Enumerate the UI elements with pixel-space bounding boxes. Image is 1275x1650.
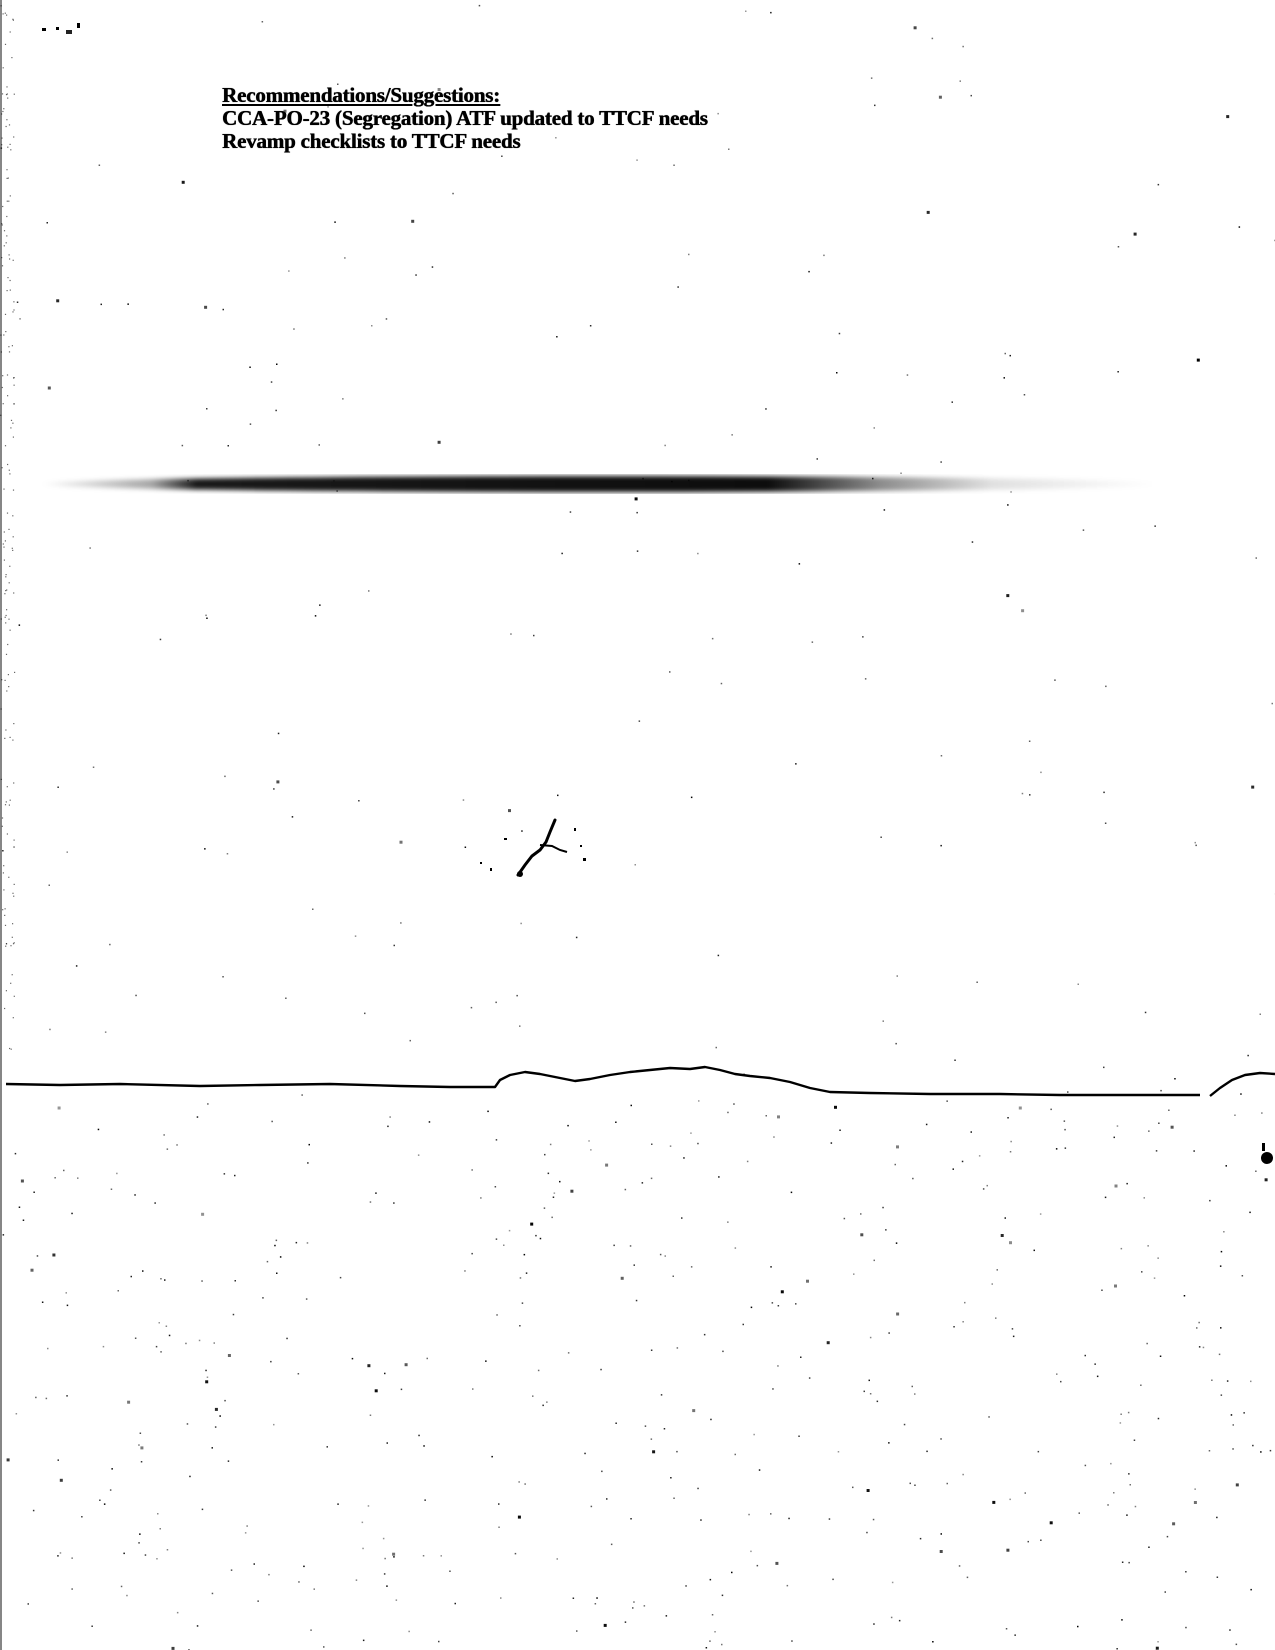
scanned-page: Recommendations/Suggestions: CCA-PO-23 (… [0, 0, 1275, 1650]
scanner-edge [0, 0, 2, 1650]
corner-marks-icon [30, 20, 150, 45]
ink-blot-icon [1256, 1143, 1274, 1167]
recommendation-line-2: Revamp checklists to TTCF needs [222, 130, 708, 153]
pen-scribble-mark [440, 790, 620, 910]
section-heading: Recommendations/Suggestions: [222, 84, 708, 107]
recommendation-line-1: CCA-PO-23 (Segregation) ATF updated to T… [222, 107, 708, 130]
toner-smudge-band [0, 464, 1275, 500]
recommendations-section: Recommendations/Suggestions: CCA-PO-23 (… [222, 84, 708, 153]
fold-crease-line [0, 1040, 1275, 1120]
speckle-noise [0, 0, 1275, 1650]
